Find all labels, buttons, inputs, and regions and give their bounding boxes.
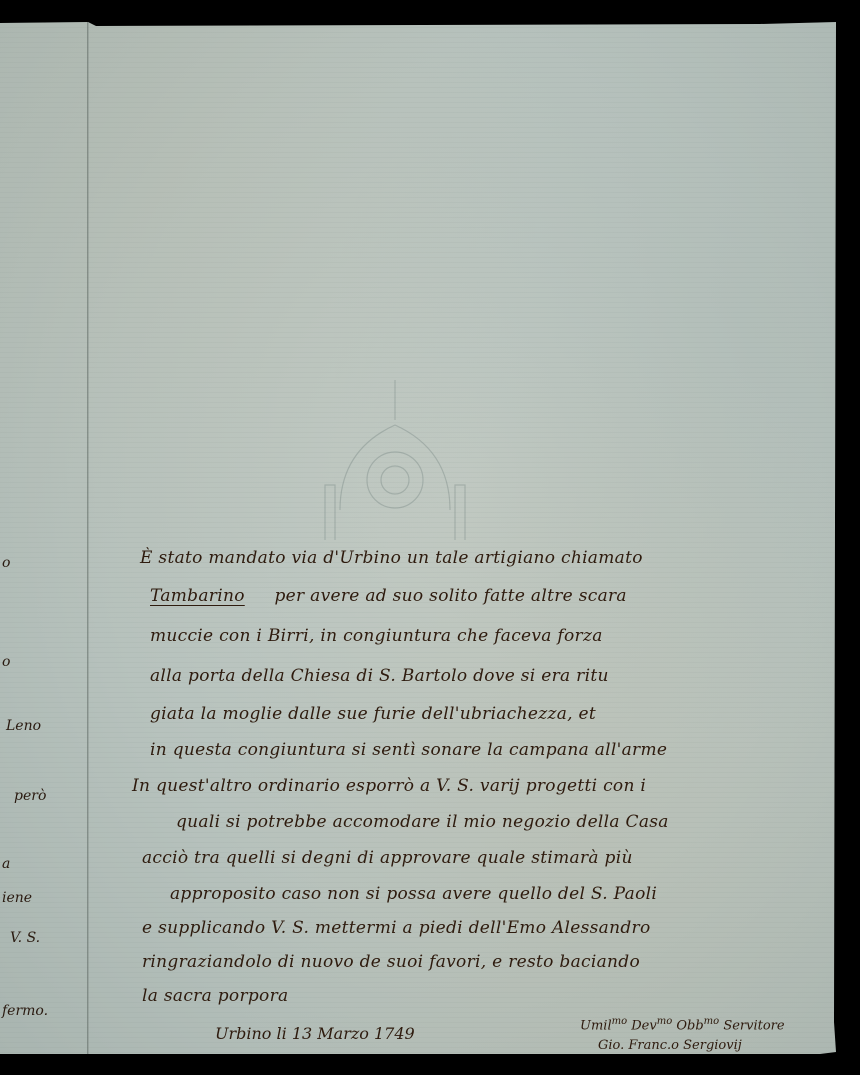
signature-sup: mo	[612, 1016, 628, 1027]
left-fragment: iene	[2, 890, 32, 906]
underlined-name: Tambarino	[150, 586, 245, 606]
left-fragment: fermo.	[2, 1003, 48, 1019]
left-fragment: però	[14, 788, 46, 804]
letter-line: alla porta della Chiesa di S. Bartolo do…	[150, 666, 609, 686]
letter-line-text: per avere ad suo solito fatte altre scar…	[274, 586, 626, 606]
left-fragment: o	[2, 654, 10, 670]
left-fragment: a	[2, 856, 10, 872]
letter-line: in questa congiuntura si sentì sonare la…	[150, 740, 667, 760]
signature-name: Gio. Franc.o Sergiovij	[598, 1038, 742, 1053]
left-fragment: V. S.	[10, 930, 40, 946]
signature-sup: mo	[704, 1016, 720, 1027]
signature-word: Obb	[672, 1018, 703, 1033]
letter-line: e supplicando V. S. mettermi a piedi del…	[142, 918, 651, 938]
watermark-icon	[310, 380, 480, 540]
letter-line: muccie con i Birri, in congiuntura che f…	[150, 626, 603, 646]
letter-line: la sacra porpora	[142, 986, 288, 1006]
letter-line-2: Tambarino per avere ad suo solito fatte …	[150, 586, 627, 606]
signature-closing: Umilmo Devmo Obbmo Servitore	[580, 1016, 785, 1033]
signature-word: Dev	[627, 1018, 657, 1033]
letter-line: acciò tra quelli si degni di approvare q…	[142, 848, 633, 868]
signature-word: Umil	[580, 1018, 612, 1033]
left-fragment: Leno	[6, 718, 41, 734]
left-fragment: o	[2, 555, 10, 571]
letter-line: quali si potrebbe accomodare il mio nego…	[176, 812, 669, 832]
page-fold-line	[87, 22, 89, 1054]
dateline: Urbino li 13 Marzo 1749	[215, 1024, 415, 1043]
letter-line: In quest'altro ordinario esporrò a V. S.…	[132, 776, 646, 796]
letter-line: approposito caso non si possa avere quel…	[170, 884, 657, 904]
letter-line: È stato mandato via d'Urbino un tale art…	[140, 548, 643, 568]
signature-word: Servitore	[719, 1018, 784, 1033]
letter-line: ringraziandolo di nuovo de suoi favori, …	[142, 952, 640, 972]
letter-line: giata la moglie dalle sue furie dell'ubr…	[150, 704, 596, 724]
signature-sup: mo	[657, 1016, 673, 1027]
